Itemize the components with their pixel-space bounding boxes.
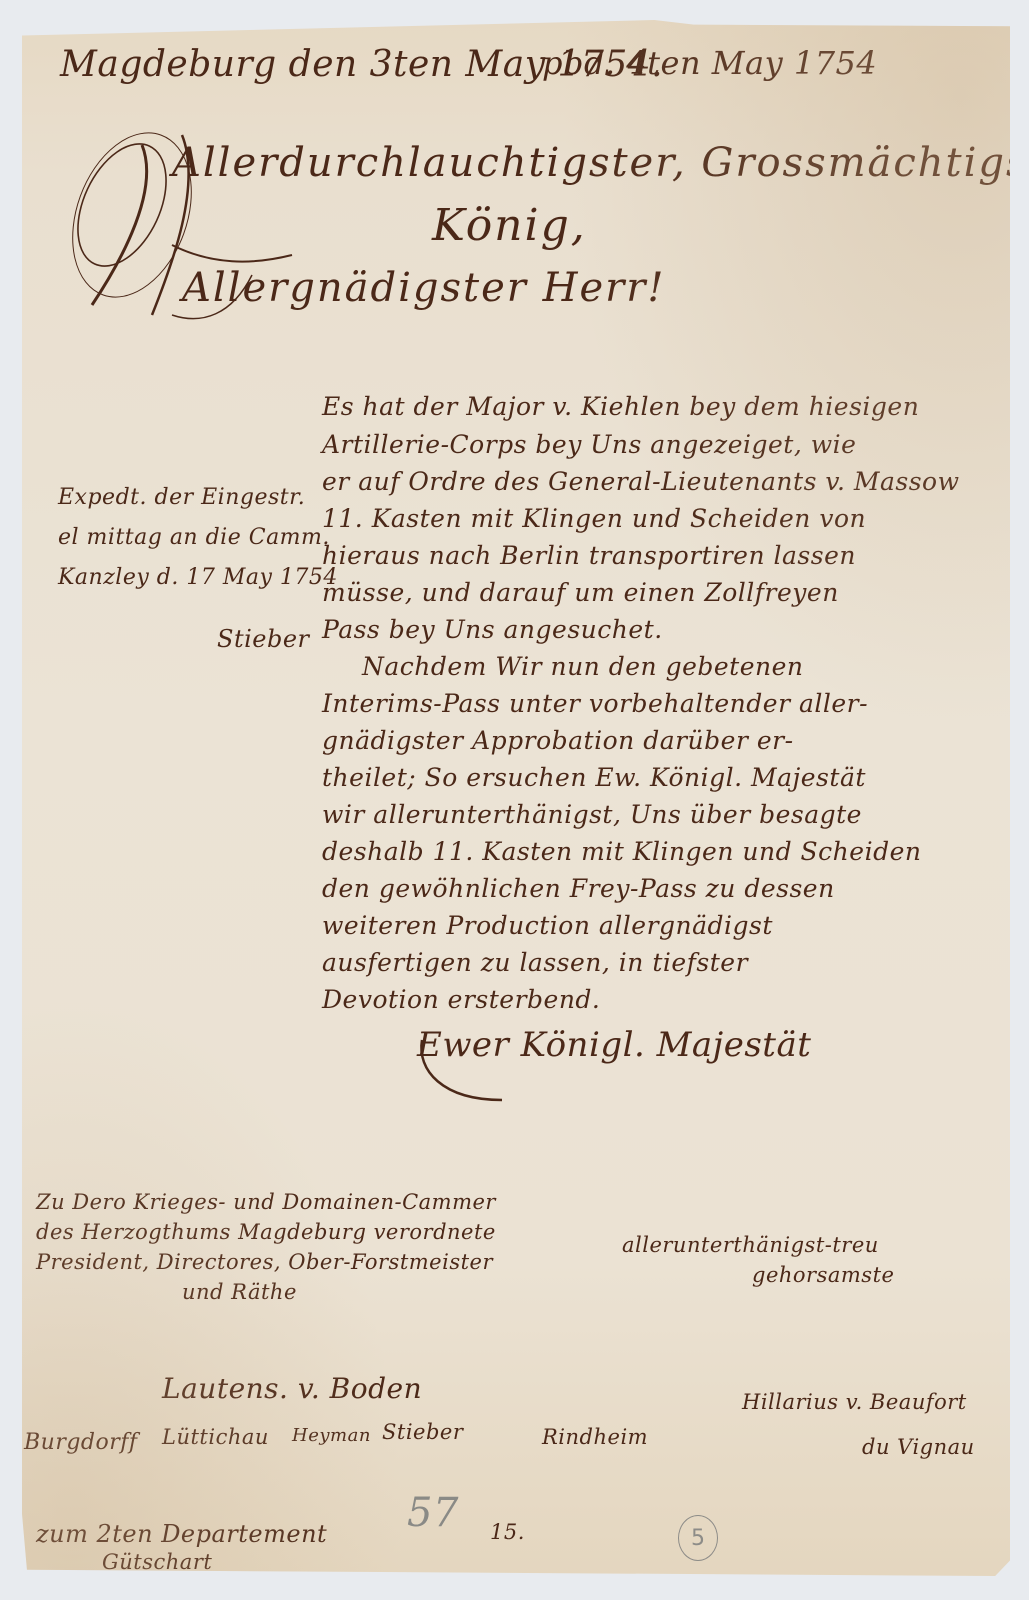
body-line-17: Devotion ersterbend. (322, 985, 600, 1014)
margin-note-signature: Stieber (217, 625, 310, 653)
salutation-line-3: Allergnädigster Herr! (182, 265, 665, 311)
addressee-line-4: und Räthe (182, 1280, 297, 1304)
body-line-15: weiteren Production allergnädigst (322, 911, 773, 940)
body-line-7: Pass bey Uns angesuchet. (322, 615, 663, 644)
received-note: pbd. 4ten May 1754 (542, 44, 877, 82)
salutation-line-1: Allerdurchlauchtigster, Grossmächtigster (172, 140, 1029, 186)
body-line-3: er auf Ordre des General-Lieutenants v. … (322, 467, 960, 496)
margin-note-line-2: el mittag an die Camm. (58, 525, 330, 550)
closing-flourish-icon (402, 1030, 562, 1110)
subscription-line-2: gehorsamste (752, 1263, 894, 1287)
body-line-1: Es hat der Major v. Kiehlen bey dem hies… (322, 392, 919, 421)
pencil-number: 57 (407, 1490, 459, 1536)
signature-heyman: Heyman (292, 1425, 371, 1446)
signature-stieber: Stieber (382, 1420, 463, 1444)
body-line-11: theilet; So ersuchen Ew. Königl. Majestä… (322, 763, 866, 792)
signature-boden: Lautens. v. Boden (162, 1372, 422, 1405)
signature-burgdorff: Burgdorff (24, 1430, 138, 1455)
body-line-13: deshalb 11. Kasten mit Klingen und Schei… (322, 837, 921, 866)
body-line-16: ausfertigen zu lassen, in tiefster (322, 948, 748, 977)
body-line-5: hieraus nach Berlin transportiren lassen (322, 541, 856, 570)
signature-beaufort: Hillarius v. Beaufort (742, 1390, 967, 1414)
margin-note-line-3: Kanzley d. 17 May 1754 (58, 565, 338, 590)
body-line-9: Interims-Pass unter vorbehaltender aller… (322, 689, 868, 718)
folio-note: 15. (490, 1520, 525, 1544)
signature-rindheim: Rindheim (542, 1425, 648, 1449)
margin-note-line-1: Expedt. der Eingestr. (58, 485, 305, 510)
department-note: zum 2ten Departement (36, 1520, 327, 1548)
body-line-8: Nachdem Wir nun den gebetenen (362, 652, 804, 681)
circled-page-number: 5 (678, 1515, 718, 1561)
signature-du-vignau: du Vignau (862, 1435, 975, 1459)
signature-luettichau: Lüttichau (162, 1425, 269, 1449)
body-line-6: müsse, und darauf um einen Zollfreyen (322, 578, 839, 607)
body-line-10: gnädigster Approbation darüber er- (322, 726, 794, 755)
body-line-4: 11. Kasten mit Klingen und Scheiden von (322, 504, 866, 533)
addressee-line-1: Zu Dero Krieges- und Domainen-Cammer (36, 1190, 496, 1214)
subscription-line-1: allerunterthänigst-treu (622, 1233, 879, 1257)
body-line-12: wir allerunterthänigst, Uns über besagte (322, 800, 862, 829)
salutation-line-2: König, (432, 200, 587, 251)
addressee-line-2: des Herzogthums Magdeburg verordnete (36, 1220, 496, 1244)
manuscript-page: Magdeburg den 3ten May 1754. pbd. 4ten M… (22, 20, 1010, 1576)
department-clerk: Gütschart (102, 1550, 212, 1574)
body-line-14: den gewöhnlichen Frey-Pass zu dessen (322, 874, 835, 903)
addressee-line-3: President, Directores, Ober-Forstmeister (36, 1250, 493, 1274)
body-line-2: Artillerie-Corps bey Uns angezeiget, wie (322, 430, 856, 459)
